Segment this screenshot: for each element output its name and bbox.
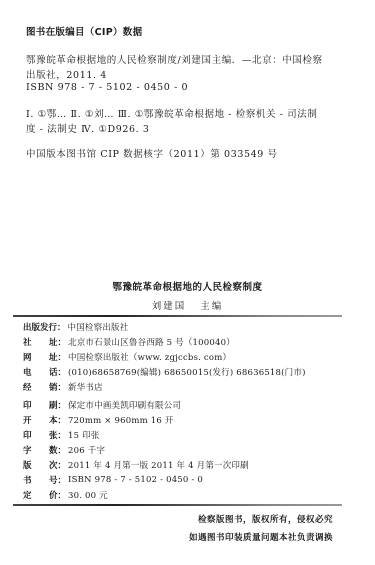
colophon-label-b: 次: [49, 459, 58, 471]
cip-isbn-line: ISBN 978 - 7 - 5102 - 0450 - 0: [26, 82, 188, 93]
cip-publisher-line: 出版社，2011. 4: [26, 67, 107, 81]
colophon-label-b: 价: [49, 489, 58, 501]
colophon-value: 15 印张: [68, 429, 100, 441]
colophon-row-edition: 版次：2011 年 4 月第一版 2011 年 4 月第一次印刷: [23, 458, 249, 471]
bottom-divider: [13, 504, 342, 506]
colophon-label-a: 开: [23, 414, 47, 426]
colophon-label: 出版发行: [23, 321, 57, 333]
colophon-label-a: 印: [23, 399, 47, 411]
colophon-row-format: 开本：720mm × 960mm 16 开: [23, 413, 174, 426]
colophon-label-a: 电: [23, 366, 47, 378]
colophon-value: 2011 年 4 月第一版 2011 年 4 月第一次印刷: [68, 459, 249, 471]
colophon-value: 206 千字: [68, 444, 105, 456]
colophon-label-b: 本: [49, 414, 58, 426]
cip-classification-line-1: Ⅰ. ①鄂… Ⅱ. ①刘… Ⅲ. ①鄂豫皖革命根据地 - 检察机关 - 司法制: [26, 106, 317, 120]
book-editor: 刘建国主编: [0, 298, 375, 312]
colophon-value: 中国检察出版社（www. zgjccbs. com）: [68, 351, 231, 363]
copyright-notice: 检察版图书，版权所有，侵权必究: [198, 513, 333, 525]
colophon-row-isbn: 书号：ISBN 978 - 7 - 5102 - 0450 - 0: [23, 473, 203, 486]
colophon-row-sheets: 印张：15 印张: [23, 428, 100, 441]
colophon-row-price: 定价：30. 00 元: [23, 488, 108, 501]
quality-notice: 如遇图书印装质量问题本社负责调换: [189, 531, 333, 543]
colophon-label-b: 址: [49, 351, 58, 363]
top-divider: [13, 315, 342, 317]
cip-classification-line-2: 度 - 法制史 Ⅳ. ①D926. 3: [26, 121, 150, 135]
colophon-label-a: 版: [23, 459, 47, 471]
colophon-label-a: 网: [23, 351, 47, 363]
colophon-row-printer: 印刷：保定市中画美凯印刷有限公司: [23, 398, 181, 411]
editor-role: 主编: [200, 301, 223, 312]
colophon-value: 北京市石景山区鲁谷西路 5 号（100040）: [68, 336, 235, 348]
colophon-label-a: 定: [23, 489, 47, 501]
colophon-label-a: 经: [23, 381, 47, 393]
colophon-row-word-count: 字数：206 千字: [23, 443, 105, 456]
colophon-value: 新华书店: [68, 381, 103, 393]
colophon-row-address: 社址：北京市石景山区鲁谷西路 5 号（100040）: [23, 335, 235, 348]
colophon-label-b: 张: [49, 429, 58, 441]
editor-name: 刘建国: [152, 301, 187, 312]
colophon-row-phone: 电话：(010)68658769(编辑) 68650015(发行) 686365…: [23, 365, 306, 378]
colophon-value: 保定市中画美凯印刷有限公司: [68, 399, 181, 411]
colophon-label-b: 号: [49, 474, 58, 486]
colophon-label-b: 销: [49, 381, 58, 393]
colophon-label-a: 书: [23, 474, 47, 486]
book-title: 鄂豫皖革命根据地的人民检察制度: [0, 279, 375, 293]
colophon-label-b: 数: [49, 444, 58, 456]
colophon-label-b: 址: [49, 336, 58, 348]
colophon-label-a: 社: [23, 336, 47, 348]
colophon-label-a: 字: [23, 444, 47, 456]
colophon-label-a: 印: [23, 429, 47, 441]
colophon-label-b: 话: [49, 366, 58, 378]
colophon-value: 30. 00 元: [68, 489, 108, 501]
colophon-label-b: 刷: [49, 399, 58, 411]
colophon-row-publisher: 出版发行：中国检察出版社: [23, 320, 128, 333]
cip-heading: 图书在版编目（CIP）数据: [26, 24, 142, 38]
cip-title-line: 鄂豫皖革命根据地的人民检察制度/刘建国主编．—北京：中国检察: [26, 52, 323, 66]
colophon-value: 中国检察出版社: [68, 321, 129, 333]
colophon-value: ISBN 978 - 7 - 5102 - 0450 - 0: [68, 475, 203, 485]
colophon-value: (010)68658769(编辑) 68650015(发行) 68636518(…: [68, 366, 306, 378]
colophon-value: 720mm × 960mm 16 开: [68, 414, 174, 426]
cip-record-number: 中国版本图书馆 CIP 数据核字（2011）第 033549 号: [26, 146, 278, 160]
colophon-row-website: 网址：中国检察出版社（www. zgjccbs. com）: [23, 350, 231, 363]
colophon-row-distributor: 经销：新华书店: [23, 380, 103, 393]
